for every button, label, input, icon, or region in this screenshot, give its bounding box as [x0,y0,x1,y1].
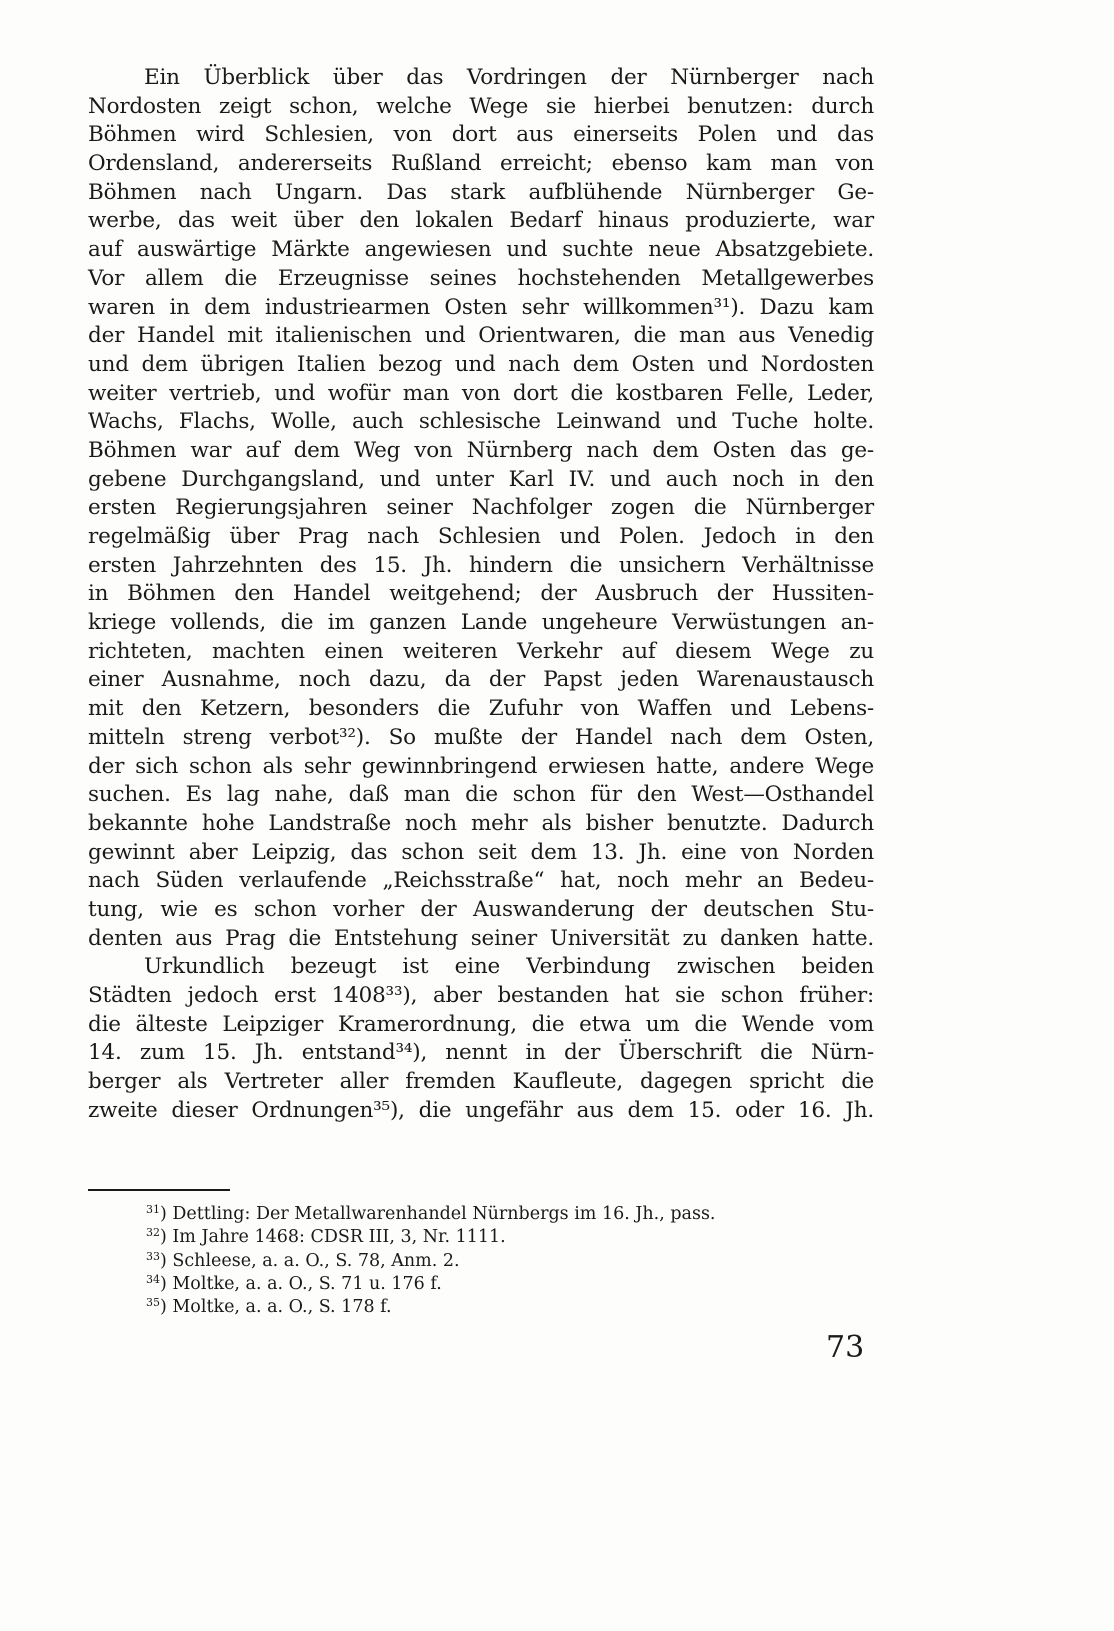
text-line: Ordensland, andererseits Rußland erreich… [88,150,874,179]
footnote-31: 31) Dettling: Der Metallwarenhandel Nürn… [146,1203,866,1226]
text-line: der Handel mit italienischen und Orientw… [88,322,874,351]
text-line: in Böhmen den Handel weitgehend; der Aus… [88,580,874,609]
text-line: Vor allem die Erzeugnisse seines hochste… [88,265,874,294]
text-line: auf auswärtige Märkte angewiesen und suc… [88,236,874,265]
text-line: werbe, das weit über den lokalen Bedarf … [88,207,874,236]
document-page: Ein Überblick über das Vordringen der Nü… [0,0,1114,1631]
text-line: Urkundlich bezeugt ist eine Verbindung z… [88,953,874,982]
footnote-text: Moltke, a. a. O., S. 71 u. 176 f. [172,1274,441,1294]
footnote-paren: ) [160,1227,172,1247]
footnote-number: 35 [146,1296,160,1309]
text-line: waren in dem industriearmen Osten sehr w… [88,294,874,323]
footnote-text: Schleese, a. a. O., S. 78, Anm. 2. [172,1251,459,1271]
text-line: bekannte hohe Landstraße noch mehr als b… [88,810,874,839]
text-line: tung, wie es schon vorher der Auswanderu… [88,896,874,925]
text-line: 14. zum 15. Jh. entstand³⁴), nennt in de… [88,1039,874,1068]
text-line: nach Süden verlaufende „Reichsstraße“ ha… [88,867,874,896]
text-line: und dem übrigen Italien bezog und nach d… [88,351,874,380]
footnotes: 31) Dettling: Der Metallwarenhandel Nürn… [146,1203,866,1319]
text-line: Böhmen nach Ungarn. Das stark aufblühend… [88,179,874,208]
footnote-separator [88,1189,230,1191]
text-line: denten aus Prag die Entstehung seiner Un… [88,925,874,954]
footnote-paren: ) [160,1274,172,1294]
footnote-32: 32) Im Jahre 1468: CDSR III, 3, Nr. 1111… [146,1226,866,1249]
footnote-33: 33) Schleese, a. a. O., S. 78, Anm. 2. [146,1250,866,1273]
text-line: mitteln streng verbot³²). So mußte der H… [88,724,874,753]
footnote-number: 31 [146,1203,160,1216]
text-line: einer Ausnahme, noch dazu, da der Papst … [88,666,874,695]
footnote-paren: ) [160,1297,172,1317]
text-line: Wachs, Flachs, Wolle, auch schlesische L… [88,408,874,437]
text-line: gewinnt aber Leipzig, das schon seit dem… [88,839,874,868]
body-text: Ein Überblick über das Vordringen der Nü… [88,64,874,1125]
text-line: gebene Durchgangsland, und unter Karl IV… [88,466,874,495]
text-line: weiter vertrieb, und wofür man von dort … [88,380,874,409]
footnote-number: 32 [146,1226,160,1239]
footnote-number: 33 [146,1250,160,1263]
text-line: suchen. Es lag nahe, daß man die schon f… [88,781,874,810]
page-number: 73 [826,1330,864,1366]
footnote-34: 34) Moltke, a. a. O., S. 71 u. 176 f. [146,1273,866,1296]
text-line: kriege vollends, die im ganzen Lande ung… [88,609,874,638]
text-line: ersten Jahrzehnten des 15. Jh. hindern d… [88,552,874,581]
text-line: ersten Regierungsjahren seiner Nachfolge… [88,494,874,523]
footnote-number: 34 [146,1273,160,1286]
footnote-text: Moltke, a. a. O., S. 178 f. [172,1297,391,1317]
text-line: Ein Überblick über das Vordringen der Nü… [88,64,874,93]
footnote-paren: ) [160,1251,172,1271]
text-line: regelmäßig über Prag nach Schlesien und … [88,523,874,552]
footnote-text: Im Jahre 1468: CDSR III, 3, Nr. 1111. [172,1227,505,1247]
text-line: richteten, machten einen weiteren Verkeh… [88,638,874,667]
text-line: Nordosten zeigt schon, welche Wege sie h… [88,93,874,122]
footnote-paren: ) [160,1204,172,1224]
text-line: der sich schon als sehr gewinnbringend e… [88,753,874,782]
text-line: berger als Vertreter aller fremden Kaufl… [88,1068,874,1097]
text-line: die älteste Leipziger Kramerordnung, die… [88,1011,874,1040]
text-line: Städten jedoch erst 1408³³), aber bestan… [88,982,874,1011]
text-line: mit den Ketzern, besonders die Zufuhr vo… [88,695,874,724]
text-line: Böhmen wird Schlesien, von dort aus eine… [88,121,874,150]
text-line: zweite dieser Ordnungen³⁵), die ungefähr… [88,1097,874,1126]
text-line: Böhmen war auf dem Weg von Nürnberg nach… [88,437,874,466]
footnote-text: Dettling: Der Metallwarenhandel Nürnberg… [172,1204,715,1224]
footnote-35: 35) Moltke, a. a. O., S. 178 f. [146,1296,866,1319]
